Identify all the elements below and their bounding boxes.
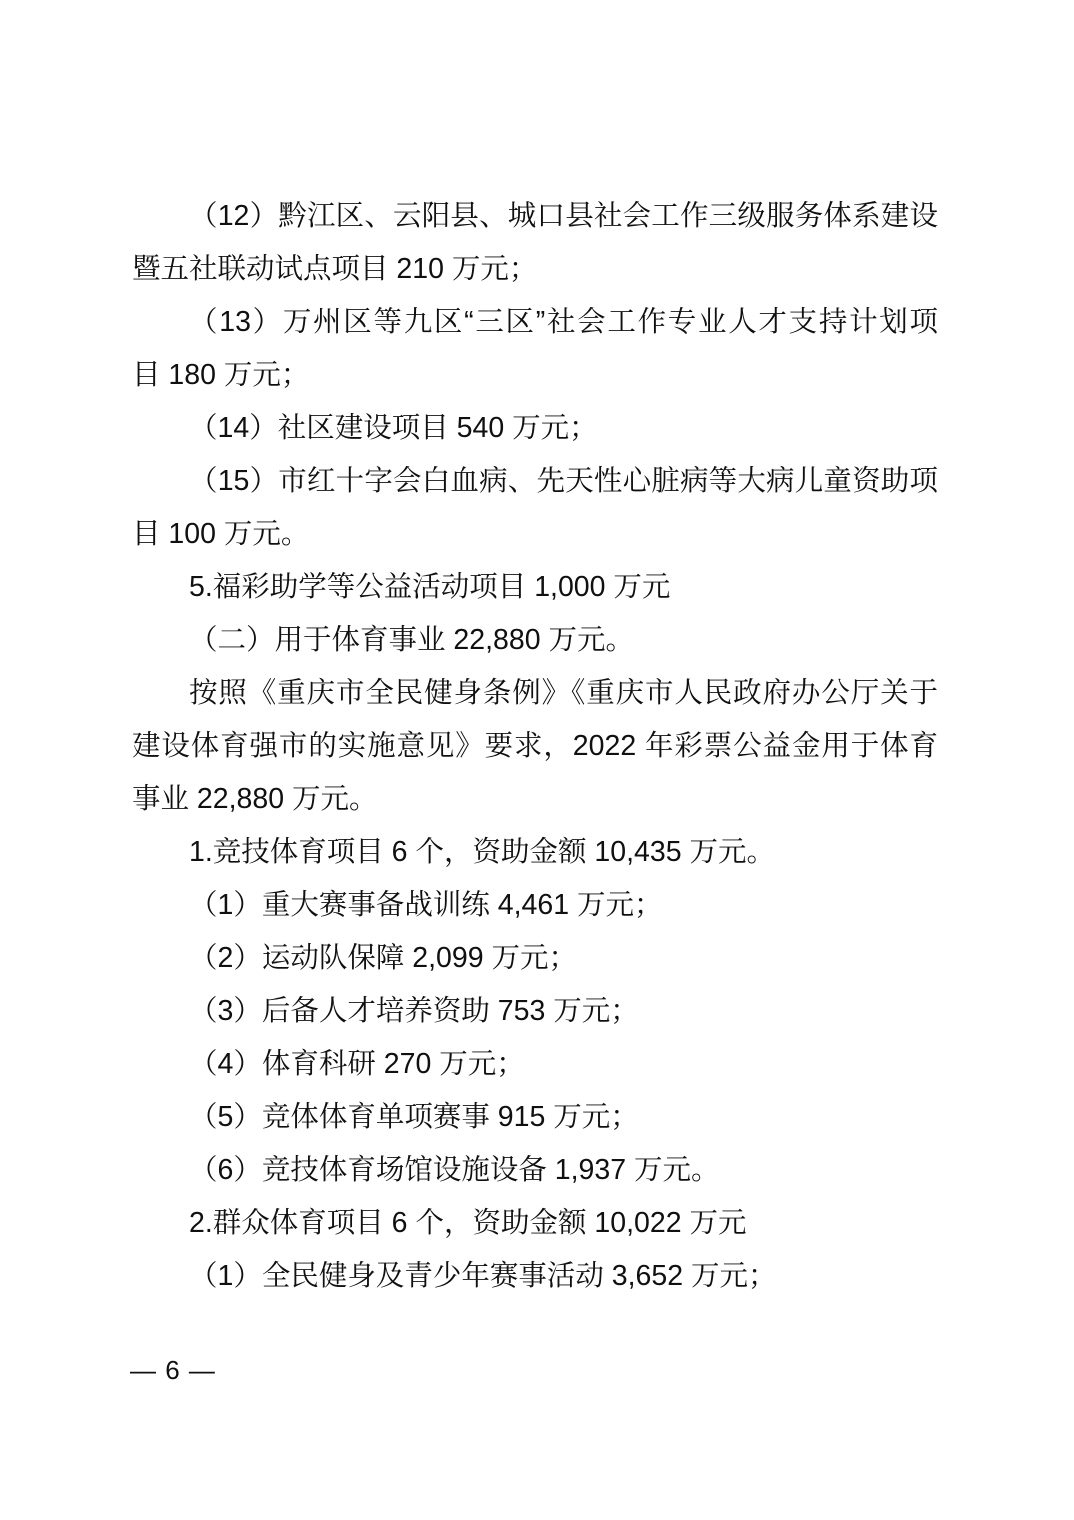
text-line: （1）重大赛事备战训练 4,461 万元； [132, 879, 938, 932]
text-line: （6）竞技体育场馆设施设备 1,937 万元。 [132, 1144, 938, 1197]
text-line: 暨五社联动试点项目 210 万元； [132, 243, 938, 296]
text-line: （15）市红十字会白血病、先天性心脏病等大病儿童资助项 [132, 455, 938, 508]
text-line: （3）后备人才培养资助 753 万元； [132, 985, 938, 1038]
text-line: 按照《重庆市全民健身条例》《重庆市人民政府办公厅关于 [132, 667, 938, 720]
text-line: 2.群众体育项目 6 个，资助金额 10,022 万元 [132, 1197, 938, 1250]
text-line: （二）用于体育事业 22,880 万元。 [132, 614, 938, 667]
text-line: （2）运动队保障 2,099 万元； [132, 932, 938, 985]
page-number: — 6 — [130, 1354, 216, 1386]
text-line: 1.竞技体育项目 6 个，资助金额 10,435 万元。 [132, 826, 938, 879]
text-line: （13）万州区等九区“三区”社会工作专业人才支持计划项 [132, 296, 938, 349]
text-line: 5.福彩助学等公益活动项目 1,000 万元 [132, 561, 938, 614]
text-line: （1）全民健身及青少年赛事活动 3,652 万元； [132, 1250, 938, 1303]
document-page: （12）黔江区、云阳县、城口县社会工作三级服务体系建设 暨五社联动试点项目 21… [0, 0, 1074, 1520]
body-text: （12）黔江区、云阳县、城口县社会工作三级服务体系建设 暨五社联动试点项目 21… [132, 190, 938, 1303]
text-line: （5）竞体体育单项赛事 915 万元； [132, 1091, 938, 1144]
text-line: （12）黔江区、云阳县、城口县社会工作三级服务体系建设 [132, 190, 938, 243]
text-line: （14）社区建设项目 540 万元； [132, 402, 938, 455]
text-line: 建设体育强市的实施意见》要求，2022 年彩票公益金用于体育 [132, 720, 938, 773]
text-line: 事业 22,880 万元。 [132, 773, 938, 826]
text-line: 目 180 万元； [132, 349, 938, 402]
text-line: （4）体育科研 270 万元； [132, 1038, 938, 1091]
text-line: 目 100 万元。 [132, 508, 938, 561]
